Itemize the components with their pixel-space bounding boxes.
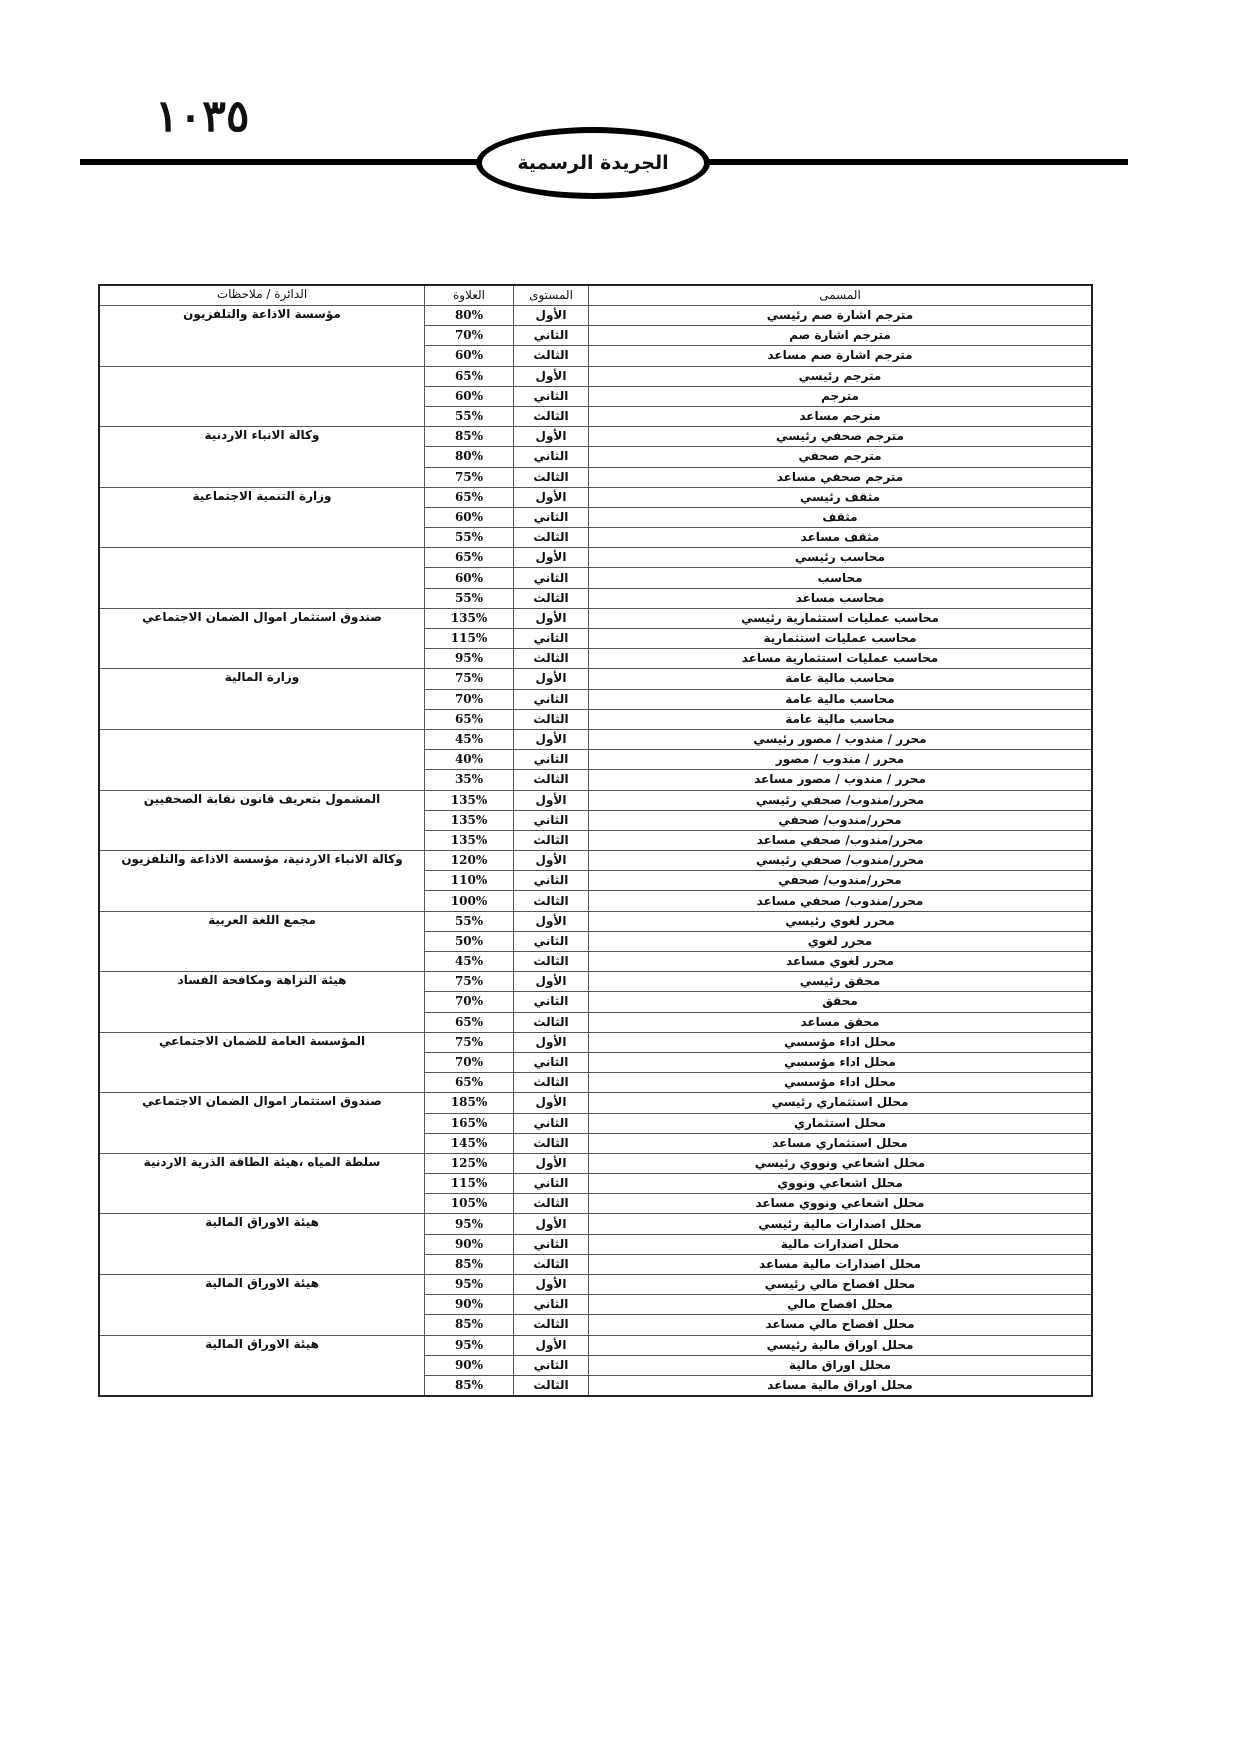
level-cell: الأول <box>514 911 589 931</box>
level-cell: الثاني <box>514 750 589 770</box>
level-cell: الثالث <box>514 467 589 487</box>
department-notes-cell: هيئة الاوراق المالية <box>99 1335 425 1396</box>
allowance-cell: 105% <box>425 1194 514 1214</box>
level-cell: الثاني <box>514 447 589 467</box>
job-title-cell: محاسب عمليات استثمارية <box>589 629 1093 649</box>
level-cell: الثاني <box>514 1174 589 1194</box>
allowance-cell: 145% <box>425 1133 514 1153</box>
allowance-cell: 60% <box>425 507 514 527</box>
level-cell: الثالث <box>514 830 589 850</box>
level-cell: الثالث <box>514 1375 589 1396</box>
job-title-cell: محرر/مندوب/ صحفي <box>589 871 1093 891</box>
level-cell: الأول <box>514 1032 589 1052</box>
allowance-cell: 135% <box>425 790 514 810</box>
level-cell: الأول <box>514 487 589 507</box>
level-cell: الثالث <box>514 770 589 790</box>
job-title-cell: محلل اشعاعي ونووي رئيسي <box>589 1153 1093 1173</box>
allowance-cell: 75% <box>425 1032 514 1052</box>
level-cell: الثاني <box>514 931 589 951</box>
job-title-cell: محلل اشعاعي ونووي مساعد <box>589 1194 1093 1214</box>
allowance-cell: 115% <box>425 1174 514 1194</box>
header-rule-left <box>80 159 478 165</box>
level-cell: الثاني <box>514 871 589 891</box>
allowance-cell: 70% <box>425 689 514 709</box>
job-title-cell: مترجم <box>589 386 1093 406</box>
allowance-cell: 40% <box>425 750 514 770</box>
level-cell: الأول <box>514 427 589 447</box>
level-cell: الثالث <box>514 528 589 548</box>
job-title-cell: محرر لغوي رئيسي <box>589 911 1093 931</box>
allowance-cell: 75% <box>425 467 514 487</box>
department-notes-cell <box>99 729 425 790</box>
job-title-cell: محقق <box>589 992 1093 1012</box>
table-row: محلل اشعاعي ونووي رئيسيالأول125%سلطة الم… <box>99 1153 1092 1173</box>
level-cell: الثالث <box>514 406 589 426</box>
job-title-cell: محاسب عمليات استثمارية مساعد <box>589 649 1093 669</box>
table-row: محاسب رئيسيالأول65% <box>99 548 1092 568</box>
level-cell: الثاني <box>514 689 589 709</box>
allowance-cell: 75% <box>425 972 514 992</box>
level-cell: الثاني <box>514 1113 589 1133</box>
level-cell: الثالث <box>514 588 589 608</box>
level-cell: الأول <box>514 729 589 749</box>
table-row: مترجم صحفي رئيسيالأول85%وكالة الانباء ال… <box>99 427 1092 447</box>
table-row: محلل افصاح مالي رئيسيالأول95%هيئة الاورا… <box>99 1275 1092 1295</box>
level-cell: الثاني <box>514 629 589 649</box>
level-cell: الثاني <box>514 810 589 830</box>
job-title-cell: محلل اصدارات مالية <box>589 1234 1093 1254</box>
allowance-cell: 55% <box>425 528 514 548</box>
allowance-cell: 65% <box>425 366 514 386</box>
job-title-cell: محلل اداء مؤسسي <box>589 1073 1093 1093</box>
allowance-cell: 95% <box>425 1214 514 1234</box>
level-cell: الثاني <box>514 1355 589 1375</box>
job-title-cell: محقق مساعد <box>589 1012 1093 1032</box>
job-title-cell: محلل اصدارات مالية رئيسي <box>589 1214 1093 1234</box>
job-title-cell: محاسب رئيسي <box>589 548 1093 568</box>
job-title-cell: محرر لغوي مساعد <box>589 952 1093 972</box>
job-title-cell: مترجم صحفي مساعد <box>589 467 1093 487</box>
level-cell: الثالث <box>514 891 589 911</box>
allowance-cell: 115% <box>425 629 514 649</box>
level-cell: الثالث <box>514 1254 589 1274</box>
job-title-cell: محلل اداء مؤسسي <box>589 1052 1093 1072</box>
level-cell: الأول <box>514 972 589 992</box>
level-cell: الأول <box>514 1214 589 1234</box>
page-number: ١٠٣٥ <box>155 95 250 139</box>
job-title-cell: مترجم صحفي <box>589 447 1093 467</box>
table-row: محرر / مندوب / مصور رئيسيالأول45% <box>99 729 1092 749</box>
level-cell: الثالث <box>514 952 589 972</box>
department-notes-cell: وكالة الانباء الاردنية <box>99 427 425 488</box>
job-title-cell: مترجم اشارة صم رئيسي <box>589 306 1093 326</box>
department-notes-cell: مجمع اللغة العربية <box>99 911 425 972</box>
level-cell: الثالث <box>514 1315 589 1335</box>
department-notes-cell: هيئة النزاهة ومكافحة الفساد <box>99 972 425 1033</box>
level-cell: الأول <box>514 1153 589 1173</box>
job-title-cell: محلل استثماري <box>589 1113 1093 1133</box>
allowance-cell: 80% <box>425 306 514 326</box>
level-cell: الثاني <box>514 1052 589 1072</box>
allowance-cell: 35% <box>425 770 514 790</box>
table-row: محاسب مالية عامةالأول75%وزارة المالية <box>99 669 1092 689</box>
level-cell: الثالث <box>514 1133 589 1153</box>
department-notes-cell: المؤسسة العامة للضمان الاجتماعي <box>99 1032 425 1093</box>
level-cell: الثاني <box>514 1234 589 1254</box>
table-header-row: المسمى المستوى العلاوة الدائرة / ملاحظات <box>99 285 1092 306</box>
level-cell: الأول <box>514 851 589 871</box>
level-cell: الثالث <box>514 649 589 669</box>
table-row: محلل اوراق مالية رئيسيالأول95%هيئة الاور… <box>99 1335 1092 1355</box>
job-title-cell: محاسب مالية عامة <box>589 689 1093 709</box>
allowance-cell: 95% <box>425 649 514 669</box>
level-cell: الأول <box>514 1275 589 1295</box>
table-row: محرر/مندوب/ صحفي رئيسيالأول120%وكالة الا… <box>99 851 1092 871</box>
job-title-cell: محرر/مندوب/ صحفي مساعد <box>589 891 1093 911</box>
level-cell: الثاني <box>514 568 589 588</box>
gazette-title: الجريدة الرسمية <box>517 152 668 174</box>
job-title-cell: محرر لغوي <box>589 931 1093 951</box>
level-cell: الثالث <box>514 1012 589 1032</box>
job-title-cell: محرر/مندوب/ صحفي رئيسي <box>589 790 1093 810</box>
allowance-cell: 95% <box>425 1335 514 1355</box>
allowance-cell: 135% <box>425 830 514 850</box>
job-title-cell: محلل استثماري مساعد <box>589 1133 1093 1153</box>
allowance-cell: 55% <box>425 911 514 931</box>
level-cell: الأول <box>514 608 589 628</box>
allowance-cell: 90% <box>425 1295 514 1315</box>
level-cell: الأول <box>514 1093 589 1113</box>
job-title-cell: محلل افصاح مالي مساعد <box>589 1315 1093 1335</box>
level-cell: الثاني <box>514 326 589 346</box>
department-notes-cell <box>99 366 425 427</box>
level-cell: الثالث <box>514 1194 589 1214</box>
allowance-cell: 85% <box>425 1375 514 1396</box>
allowance-cell: 165% <box>425 1113 514 1133</box>
allowance-cell: 90% <box>425 1234 514 1254</box>
job-title-cell: مترجم اشارة صم مساعد <box>589 346 1093 366</box>
allowance-cell: 85% <box>425 427 514 447</box>
allowance-cell: 70% <box>425 326 514 346</box>
table-row: محرر لغوي رئيسيالأول55%مجمع اللغة العربي… <box>99 911 1092 931</box>
department-notes-cell: صندوق استثمار اموال الضمان الاجتماعي <box>99 1093 425 1154</box>
allowance-cell: 65% <box>425 709 514 729</box>
job-title-cell: محرر/مندوب/ صحفي <box>589 810 1093 830</box>
allowances-table: المسمى المستوى العلاوة الدائرة / ملاحظات… <box>98 284 1093 1397</box>
department-notes-cell: صندوق استثمار اموال الضمان الاجتماعي <box>99 608 425 669</box>
job-title-cell: محلل اداء مؤسسي <box>589 1032 1093 1052</box>
level-cell: الثالث <box>514 346 589 366</box>
level-cell: الأول <box>514 790 589 810</box>
column-header-notes: الدائرة / ملاحظات <box>99 285 425 306</box>
job-title-cell: محرر/مندوب/ صحفي مساعد <box>589 830 1093 850</box>
job-title-cell: محلل اشعاعي ونووي <box>589 1174 1093 1194</box>
job-title-cell: محلل اوراق مالية مساعد <box>589 1375 1093 1396</box>
job-title-cell: مترجم اشارة صم <box>589 326 1093 346</box>
allowance-cell: 45% <box>425 729 514 749</box>
job-title-cell: محاسب <box>589 568 1093 588</box>
job-title-cell: محاسب مالية عامة <box>589 669 1093 689</box>
column-header-title: المسمى <box>589 285 1093 306</box>
job-title-cell: محاسب مالية عامة <box>589 709 1093 729</box>
job-title-cell: مثقف <box>589 507 1093 527</box>
table-row: محلل اصدارات مالية رئيسيالأول95%هيئة الا… <box>99 1214 1092 1234</box>
header-rule-right <box>708 159 1128 165</box>
job-title-cell: محلل افصاح مالي رئيسي <box>589 1275 1093 1295</box>
job-title-cell: محرر / مندوب / مصور رئيسي <box>589 729 1093 749</box>
job-title-cell: محلل افصاح مالي <box>589 1295 1093 1315</box>
department-notes-cell: هيئة الاوراق المالية <box>99 1275 425 1336</box>
allowance-cell: 70% <box>425 992 514 1012</box>
column-header-level: المستوى <box>514 285 589 306</box>
level-cell: الثاني <box>514 386 589 406</box>
gazette-masthead: الجريدة الرسمية <box>476 127 710 199</box>
allowance-cell: 45% <box>425 952 514 972</box>
table-body: مترجم اشارة صم رئيسيالأول80%مؤسسة الاذاع… <box>99 306 1092 1397</box>
department-notes-cell: هيئة الاوراق المالية <box>99 1214 425 1275</box>
table-row: مترجم اشارة صم رئيسيالأول80%مؤسسة الاذاع… <box>99 306 1092 326</box>
level-cell: الثاني <box>514 992 589 1012</box>
table-row: محرر/مندوب/ صحفي رئيسيالأول135%المشمول ب… <box>99 790 1092 810</box>
allowance-cell: 75% <box>425 669 514 689</box>
table-row: محاسب عمليات استثمارية رئيسيالأول135%صند… <box>99 608 1092 628</box>
level-cell: الأول <box>514 1335 589 1355</box>
job-title-cell: محرر/مندوب/ صحفي رئيسي <box>589 851 1093 871</box>
department-notes-cell: وزارة التنمية الاجتماعية <box>99 487 425 548</box>
allowance-cell: 125% <box>425 1153 514 1173</box>
level-cell: الأول <box>514 669 589 689</box>
job-title-cell: محرر / مندوب / مصور مساعد <box>589 770 1093 790</box>
allowance-cell: 60% <box>425 346 514 366</box>
allowance-cell: 50% <box>425 931 514 951</box>
allowance-cell: 135% <box>425 608 514 628</box>
allowance-cell: 65% <box>425 548 514 568</box>
job-title-cell: مترجم صحفي رئيسي <box>589 427 1093 447</box>
job-title-cell: محقق رئيسي <box>589 972 1093 992</box>
allowance-cell: 65% <box>425 1073 514 1093</box>
allowance-cell: 120% <box>425 851 514 871</box>
allowance-cell: 110% <box>425 871 514 891</box>
allowance-cell: 80% <box>425 447 514 467</box>
job-title-cell: مثقف رئيسي <box>589 487 1093 507</box>
job-title-cell: مترجم مساعد <box>589 406 1093 426</box>
allowance-cell: 60% <box>425 568 514 588</box>
department-notes-cell: مؤسسة الاذاعة والتلفزيون <box>99 306 425 367</box>
allowance-cell: 90% <box>425 1355 514 1375</box>
department-notes-cell: وكالة الانباء الاردنية، مؤسسة الاذاعة وا… <box>99 851 425 912</box>
job-title-cell: مثقف مساعد <box>589 528 1093 548</box>
allowance-cell: 55% <box>425 406 514 426</box>
table-row: مترجم رئيسيالأول65% <box>99 366 1092 386</box>
column-header-allowance: العلاوة <box>425 285 514 306</box>
allowance-cell: 135% <box>425 810 514 830</box>
department-notes-cell: المشمول بتعريف قانون نقابة الصحفيين <box>99 790 425 851</box>
table-row: محلل اداء مؤسسيالأول75%المؤسسة العامة لل… <box>99 1032 1092 1052</box>
job-title-cell: محلل اصدارات مالية مساعد <box>589 1254 1093 1274</box>
level-cell: الأول <box>514 548 589 568</box>
job-title-cell: محلل اوراق مالية <box>589 1355 1093 1375</box>
level-cell: الثالث <box>514 1073 589 1093</box>
allowance-cell: 65% <box>425 1012 514 1032</box>
department-notes-cell: وزارة المالية <box>99 669 425 730</box>
department-notes-cell <box>99 548 425 609</box>
level-cell: الأول <box>514 306 589 326</box>
job-title-cell: مترجم رئيسي <box>589 366 1093 386</box>
allowance-cell: 95% <box>425 1275 514 1295</box>
job-title-cell: محلل استثماري رئيسي <box>589 1093 1093 1113</box>
job-title-cell: محاسب مساعد <box>589 588 1093 608</box>
job-title-cell: محلل اوراق مالية رئيسي <box>589 1335 1093 1355</box>
allowance-cell: 85% <box>425 1254 514 1274</box>
job-title-cell: محرر / مندوب / مصور <box>589 750 1093 770</box>
job-title-cell: محاسب عمليات استثمارية رئيسي <box>589 608 1093 628</box>
allowance-cell: 100% <box>425 891 514 911</box>
allowance-cell: 85% <box>425 1315 514 1335</box>
level-cell: الثاني <box>514 507 589 527</box>
allowance-cell: 60% <box>425 386 514 406</box>
allowance-cell: 70% <box>425 1052 514 1072</box>
table-row: مثقف رئيسيالأول65%وزارة التنمية الاجتماع… <box>99 487 1092 507</box>
allowance-cell: 185% <box>425 1093 514 1113</box>
level-cell: الأول <box>514 366 589 386</box>
department-notes-cell: سلطة المياه ،هيئة الطاقة الذرية الاردنية <box>99 1153 425 1214</box>
allowance-cell: 55% <box>425 588 514 608</box>
level-cell: الثاني <box>514 1295 589 1315</box>
allowance-cell: 65% <box>425 487 514 507</box>
table-row: محلل استثماري رئيسيالأول185%صندوق استثما… <box>99 1093 1092 1113</box>
level-cell: الثالث <box>514 709 589 729</box>
table-row: محقق رئيسيالأول75%هيئة النزاهة ومكافحة ا… <box>99 972 1092 992</box>
